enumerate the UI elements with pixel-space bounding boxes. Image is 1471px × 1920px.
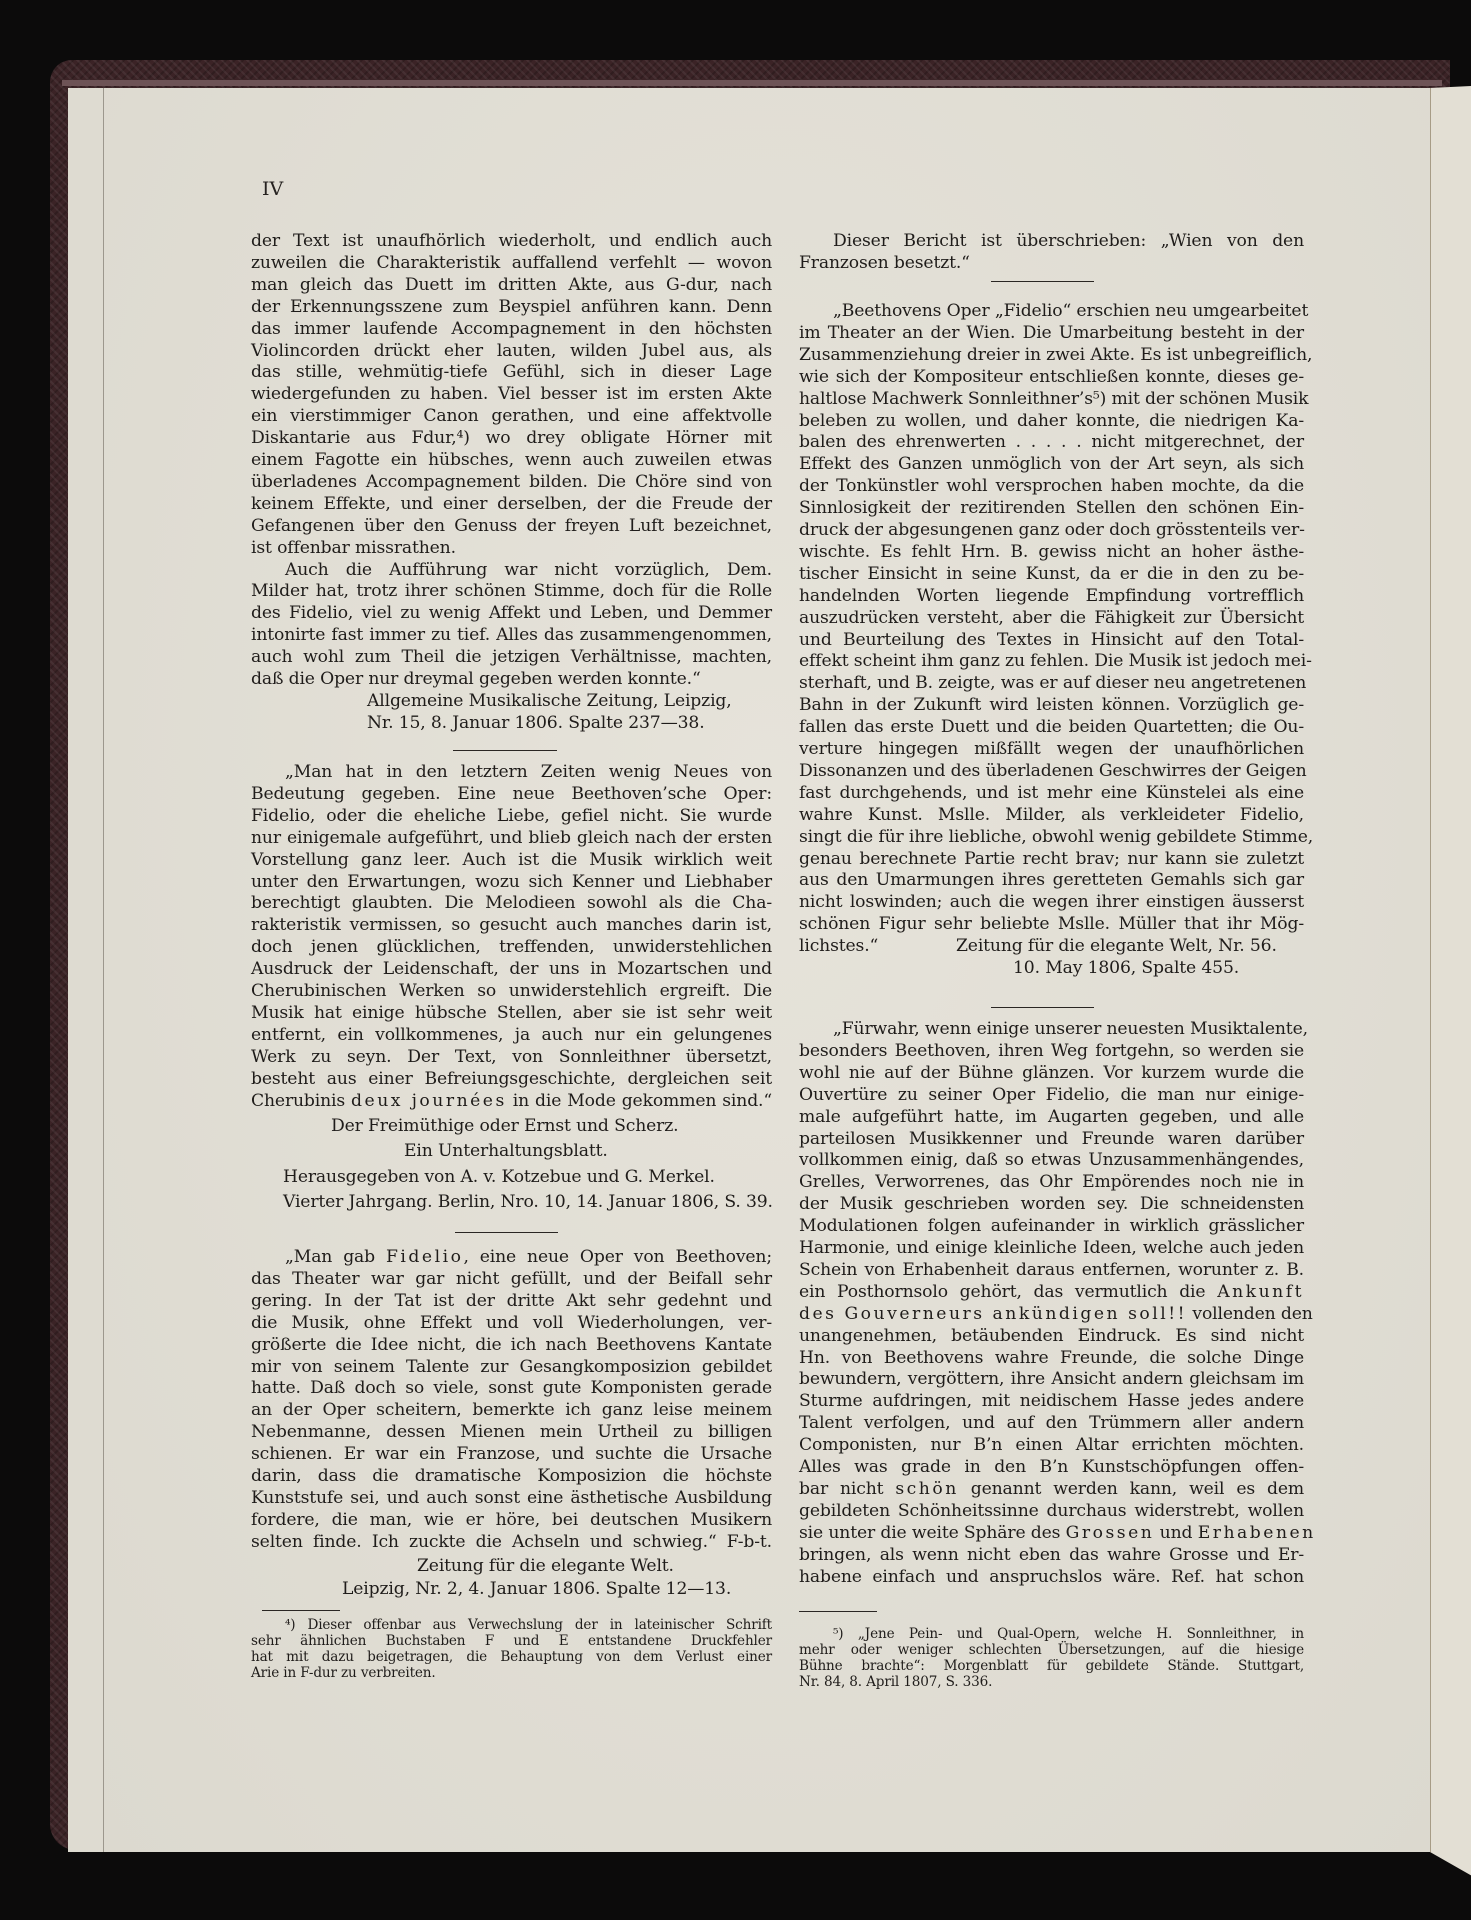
body-text-line: Auch die Aufführung war nicht vorzüglich… xyxy=(285,559,772,581)
body-text-line: hatte. Daß doch so viele, sonst gute Kom… xyxy=(251,1377,772,1399)
body-text-line: doch jenen glücklichen, treffenden, unwi… xyxy=(251,936,772,958)
body-text-line: das immer laufende Accompagnement in den… xyxy=(251,318,772,340)
spaced-emphasis: des Gouverneurs ankündigen soll!! xyxy=(799,1304,1187,1324)
footnote-line: hat mit dazu beigetragen, die Behauptung… xyxy=(251,1649,772,1665)
text-span: genannt werden kann, weil es dem xyxy=(959,1479,1304,1499)
inner-page-edge xyxy=(68,88,104,1852)
body-text-line: gebildeten Schönheitssinne durchaus wide… xyxy=(799,1500,1304,1522)
text-span: „Man gab xyxy=(285,1247,386,1267)
body-text-line: man gleich das Duett im dritten Akte, au… xyxy=(251,274,772,296)
spaced-emphasis: schön xyxy=(895,1479,958,1499)
body-text-line: im Theater an der Wien. Die Umarbeitung … xyxy=(799,322,1304,344)
body-text-line: größerte die Idee nicht, die ich nach Be… xyxy=(251,1334,772,1356)
source-citation: Leipzig, Nr. 2, 4. Januar 1806. Spalte 1… xyxy=(342,1578,731,1600)
body-text-line: auch wohl zum Theil die jetzigen Verhält… xyxy=(251,646,772,668)
body-text-line: intonirte fast immer zu tief. Alles das … xyxy=(251,624,772,646)
body-text-line: Alles was grade in den B’n Kunstschöpfun… xyxy=(799,1456,1304,1478)
body-text-line: Fidelio, oder die eheliche Liebe, gefiel… xyxy=(251,805,772,827)
body-text-line: „Man gab Fidelio, eine neue Oper von Bee… xyxy=(285,1246,772,1268)
body-text-line: nur einigemale aufgeführt, und blieb gle… xyxy=(251,827,772,849)
body-text-line: ein vierstimmiger Canon gerathen, und ei… xyxy=(251,405,772,427)
body-text-line: schönen Figur sehr beliebte Mslle. Mülle… xyxy=(799,913,1304,935)
body-text-line: mir von seinem Talente zur Gesangkomposi… xyxy=(251,1356,772,1378)
body-text-line: handelnden Worten liegende Empfindung vo… xyxy=(799,585,1304,607)
body-text-line: das Theater war gar nicht gefüllt, und d… xyxy=(251,1268,772,1290)
body-text-line: Cherubinischen Werken so unwiderstehlich… xyxy=(251,980,772,1002)
source-citation: Ein Unterhaltungsblatt. xyxy=(404,1140,608,1162)
body-text-line: „Beethovens Oper „Fidelio“ erschien neu … xyxy=(833,300,1304,322)
body-text-line: Franzosen besetzt.“ xyxy=(799,252,1304,274)
body-text-line: Cherubinis deux journées in die Mode gek… xyxy=(251,1090,772,1112)
body-text-line: tischer Einsicht in seine Kunst, da er d… xyxy=(799,563,1304,585)
body-text-line: unter den Erwartungen, wozu sich Kenner … xyxy=(251,871,772,893)
body-text-line: bringen, als wenn nicht eben das wahre G… xyxy=(799,1544,1304,1566)
body-text-line: wiedergefunden zu haben. Viel besser ist… xyxy=(251,383,772,405)
body-text-line: Diskantarie aus Fdur,⁴) wo drey obligate… xyxy=(251,427,772,449)
body-text-line: Dissonanzen und des überladenen Geschwir… xyxy=(799,760,1304,782)
body-text-line: das stille, wehmütig-tiefe Gefühl, sich … xyxy=(251,361,772,383)
text-span: in die Mode gekommen sind.“ xyxy=(507,1091,772,1111)
body-text-line: wischte. Es fehlt Hrn. B. gewiss nicht a… xyxy=(799,541,1304,563)
body-text-line: aus den Umarmungen ihres geretteten Gema… xyxy=(799,869,1304,891)
body-text-line: effekt scheint ihm ganz zu fehlen. Die M… xyxy=(799,650,1304,672)
spaced-emphasis: Erhabenen xyxy=(1198,1523,1316,1543)
body-text-line: fordere, die man, wie er höre, bei deuts… xyxy=(251,1509,772,1531)
source-citation: Zeitung für die elegante Welt. xyxy=(417,1555,674,1577)
body-text-line: an der Oper scheitern, bemerkte ich ganz… xyxy=(251,1399,772,1421)
body-text-line: haltlose Machwerk Sonnleithner’s⁵) mit d… xyxy=(799,388,1304,410)
text-span: , eine neue Oper von Beethoven; xyxy=(463,1247,772,1267)
body-text-line: der Erkennungsszene zum Beyspiel anführe… xyxy=(251,296,772,318)
source-citation: 10. May 1806, Spalte 455. xyxy=(1013,957,1239,979)
body-text-line: der Musik geschrieben worden sey. Die sc… xyxy=(799,1193,1304,1215)
body-text-line: druck der abgesungenen ganz oder doch gr… xyxy=(799,519,1304,541)
body-text-line: entfernt, ein vollkommenes, ja auch nur … xyxy=(251,1024,772,1046)
body-text-line: Schein von Erhabenheit daraus entfernen,… xyxy=(799,1259,1304,1281)
body-text-line: male aufgeführt hatte, im Augarten gegeb… xyxy=(799,1106,1304,1128)
body-text-line: gering. In der Tat ist der dritte Akt se… xyxy=(251,1290,772,1312)
body-text-line: beleben zu wollen, und daher konnte, die… xyxy=(799,410,1304,432)
body-text-line: Nebenmanne, dessen Mienen mein Urtheil z… xyxy=(251,1421,772,1443)
body-text-line: Grelles, Verworrenes, das Ohr Empörendes… xyxy=(799,1171,1304,1193)
footnote-line: Bühne brachte“: Morgenblatt für gebildet… xyxy=(799,1658,1304,1674)
body-text-line: Vorstellung ganz leer. Auch ist die Musi… xyxy=(251,849,772,871)
spaced-emphasis: Fidelio xyxy=(386,1247,463,1267)
body-text-line: und Beurteilung des Textes in Hinsicht a… xyxy=(799,629,1304,651)
body-text-line: besteht aus einer Befreiungsgeschichte, … xyxy=(251,1068,772,1090)
body-text-line: rakteristik vermissen, so gesucht auch m… xyxy=(251,914,772,936)
body-text-line: wahre Kunst. Mslle. Milder, als verkleid… xyxy=(799,804,1304,826)
body-text-line: sterhaft, und B. zeigte, was er auf dies… xyxy=(799,672,1304,694)
text-span: vollenden den xyxy=(1187,1304,1313,1324)
text-span: ein Posthornsolo gehört, das vermutlich … xyxy=(799,1282,1217,1302)
body-text-line: Ausdruck der Leidenschaft, der uns in Mo… xyxy=(251,958,772,980)
body-text-line: Talent verfolgen, und auf den Trümmern a… xyxy=(799,1412,1304,1434)
footnote-line: sehr ähnlichen Buchstaben F und E entsta… xyxy=(251,1633,772,1649)
body-text-line: Zusammenziehung dreier in zwei Akte. Es … xyxy=(799,344,1304,366)
body-text-line: ein Posthornsolo gehört, das vermutlich … xyxy=(799,1281,1304,1303)
body-text-line: balen des ehrenwerten . . . . . nicht mi… xyxy=(799,431,1304,453)
body-text-line: Dieser Bericht ist überschrieben: „Wien … xyxy=(833,230,1304,252)
spaced-emphasis: Grossen xyxy=(1066,1523,1155,1543)
body-text-line: der Text ist unaufhörlich wiederholt, un… xyxy=(251,230,772,252)
facing-page-edge xyxy=(1430,86,1471,1876)
body-text-line: zuweilen die Charakteristik auffallend v… xyxy=(251,252,772,274)
text-span: Cherubinis xyxy=(251,1091,351,1111)
source-citation: Der Freimüthige oder Ernst und Scherz. xyxy=(331,1115,678,1137)
section-divider xyxy=(991,1007,1094,1008)
body-text-line: der Tonkünstler wohl versprochen haben m… xyxy=(799,475,1304,497)
body-text-line: singt die für ihre liebliche, obwohl wen… xyxy=(799,826,1304,848)
body-text-line: berechtigt glaubten. Die Melodieen sowoh… xyxy=(251,892,772,914)
body-text-line: die Musik, ohne Effekt und voll Wiederho… xyxy=(251,1312,772,1334)
body-text-line: des Gouverneurs ankündigen soll!! vollen… xyxy=(799,1303,1304,1325)
body-text-line: genau berechnete Partie recht brav; nur … xyxy=(799,848,1304,870)
body-text-line: Sinnlosigkeit der rezitirenden Stellen d… xyxy=(799,497,1304,519)
spaced-emphasis: Ankunft xyxy=(1217,1282,1304,1302)
body-text-line: unangenehmen, betäubenden Eindruck. Es s… xyxy=(799,1325,1304,1347)
footnote-line: Arie in F-dur zu verbreiten. xyxy=(251,1665,772,1681)
body-text-line: Bedeutung gegeben. Eine neue Beethoven’s… xyxy=(251,783,772,805)
section-divider xyxy=(991,281,1094,282)
body-text-line: Effekt des Ganzen unmöglich von der Art … xyxy=(799,453,1304,475)
body-text-line: wohl nie auf der Bühne glänzen. Vor kurz… xyxy=(799,1062,1304,1084)
body-text-line: Harmonie, und einige kleinliche Ideen, w… xyxy=(799,1237,1304,1259)
body-text-line: Bahn in der Zukunft wird leisten können.… xyxy=(799,694,1304,716)
body-text-line: Ouvertüre zu seiner Oper Fidelio, die ma… xyxy=(799,1084,1304,1106)
body-text-line: Hn. von Beethovens wahre Freunde, die so… xyxy=(799,1347,1304,1369)
body-text-line: Modulationen folgen aufeinander in wirkl… xyxy=(799,1215,1304,1237)
body-text-line: daß die Oper nur dreymal gegeben werden … xyxy=(251,668,772,690)
source-citation: Nr. 15, 8. Januar 1806. Spalte 237—38. xyxy=(367,712,705,734)
source-citation: Allgemeine Musikalische Zeitung, Leipzig… xyxy=(367,690,732,712)
footnote-divider xyxy=(262,1610,340,1611)
body-text-line: bar nicht schön genannt werden kann, wei… xyxy=(799,1478,1304,1500)
body-text-line: fallen das erste Duett und die beiden Qu… xyxy=(799,716,1304,738)
text-span: bar nicht xyxy=(799,1479,895,1499)
body-text-line: Gefangenen über den Genuss der freyen Lu… xyxy=(251,515,772,537)
source-citation: Herausgegeben von A. v. Kotzebue und G. … xyxy=(283,1166,715,1188)
body-text-line: keinem Effekte, und einer derselben, der… xyxy=(251,493,772,515)
body-text-line: verture hingegen mißfällt wegen der unau… xyxy=(799,738,1304,760)
page-number: IV xyxy=(262,178,283,200)
body-text-line: bewundern, vergöttern, ihre Ansicht ande… xyxy=(799,1368,1304,1390)
body-text-line: Werk zu seyn. Der Text, von Sonnleithner… xyxy=(251,1046,772,1068)
body-text-line: habene einfach und anspruchslos wäre. Re… xyxy=(799,1566,1304,1588)
body-text-line: besonders Beethoven, ihren Weg fortgehn,… xyxy=(799,1040,1304,1062)
body-text-line: Kunststufe sei, und auch sonst eine ästh… xyxy=(251,1487,772,1509)
text-span: sie unter die weite Sphäre des xyxy=(799,1523,1066,1543)
body-text-line: „Man hat in den letztern Zeiten wenig Ne… xyxy=(285,761,772,783)
body-text-line: ist offenbar missrathen. xyxy=(251,537,772,559)
source-citation: Zeitung für die elegante Welt, Nr. 56. xyxy=(956,935,1277,957)
footnote-line: ⁵) „Jene Pein- und Qual-Opern, welche H.… xyxy=(833,1626,1304,1642)
section-divider xyxy=(455,1232,558,1233)
body-text-line: nicht loswinden; auch die wegen ihrer ei… xyxy=(799,891,1304,913)
footnote-divider xyxy=(799,1611,877,1612)
body-text-line: selten finde. Ich zuckte die Achseln und… xyxy=(251,1531,772,1553)
body-text-line: überladenes Accompagnement bilden. Die C… xyxy=(251,471,772,493)
source-citation: Vierter Jahrgang. Berlin, Nro. 10, 14. J… xyxy=(283,1191,773,1213)
body-text-line: auszudrücken versteht, aber die Fähigkei… xyxy=(799,607,1304,629)
section-divider xyxy=(453,750,557,751)
spaced-emphasis: deux journées xyxy=(351,1091,507,1111)
body-text-line: darin, dass die dramatische Komposizion … xyxy=(251,1465,772,1487)
body-text-line: parteilosen Musikkenner und Freunde ware… xyxy=(799,1128,1304,1150)
footnote-line: ⁴) Dieser offenbar aus Verwechslung der … xyxy=(285,1617,772,1633)
body-text-line: wie sich der Kompositeur entschließen ko… xyxy=(799,366,1304,388)
body-text-line: vollkommen einig, daß so etwas Unzusamme… xyxy=(799,1149,1304,1171)
body-text-line: Componisten, nur B’n einen Altar erricht… xyxy=(799,1434,1304,1456)
body-text-line: Musik hat einige hübsche Stellen, aber s… xyxy=(251,1002,772,1024)
footnote-line: mehr oder weniger schlechten Übersetzung… xyxy=(799,1642,1304,1658)
body-text-line: schienen. Er war ein Franzose, und sucht… xyxy=(251,1443,772,1465)
body-text-line: Sturme aufdringen, mit neidischem Hasse … xyxy=(799,1390,1304,1412)
binding-edge xyxy=(62,80,1442,86)
body-text-line: einem Fagotte ein hübsches, wenn auch zu… xyxy=(251,449,772,471)
text-span: und xyxy=(1154,1523,1197,1543)
body-text-line: „Fürwahr, wenn einige unserer neuesten M… xyxy=(833,1018,1304,1040)
footnote-line: Nr. 84, 8. April 1807, S. 336. xyxy=(799,1674,1304,1690)
body-text-line: fast durchgehends, und ist mehr eine Kün… xyxy=(799,782,1304,804)
body-text-line: Milder hat, trotz ihrer schönen Stimme, … xyxy=(251,580,772,602)
body-text-line: Violincorden drückt eher lauten, wilden … xyxy=(251,340,772,362)
body-text-line: des Fidelio, viel zu wenig Affekt und Le… xyxy=(251,602,772,624)
body-text-line: sie unter die weite Sphäre des Grossen u… xyxy=(799,1522,1304,1544)
